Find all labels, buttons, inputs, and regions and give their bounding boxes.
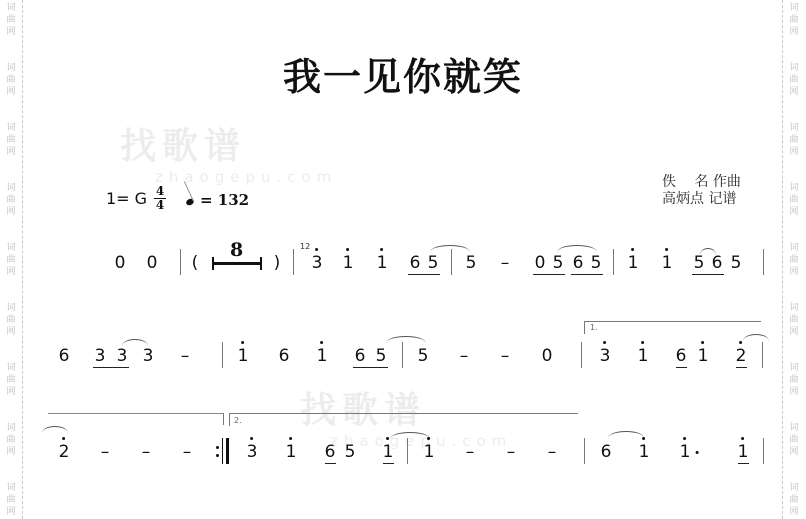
grace-notes: 12 (300, 243, 310, 251)
underline (571, 274, 603, 275)
note: 6 (279, 346, 290, 366)
note: 1 (238, 346, 249, 366)
score-row-1: 0 0 ( 8 ) 12 3 1 1 6 5 5 – 0 5 6 5 1 1 5… (0, 253, 806, 293)
note: 6 (601, 442, 612, 462)
credits: 佚 名 作曲 高炳点 记谱 (662, 174, 741, 208)
tempo-value: = 132 (200, 191, 249, 209)
note: 5 (694, 253, 705, 273)
tie (608, 431, 644, 438)
tempo-marking: = 132 (186, 191, 249, 209)
volta-label-2: 2. (234, 416, 242, 425)
underline (353, 367, 388, 368)
note: 1 (424, 442, 435, 462)
note: 3 (117, 346, 128, 366)
underline (325, 463, 336, 464)
note: 6 (325, 442, 336, 462)
bar-line (584, 438, 585, 464)
note: 2 (736, 346, 747, 366)
note: 3 (95, 346, 106, 366)
note: 3 (143, 346, 154, 366)
note: – (466, 442, 475, 462)
bar-line (222, 438, 223, 464)
note: 0 (147, 253, 158, 273)
note: 6 (59, 346, 70, 366)
note: 1 (738, 442, 749, 462)
underline (408, 274, 440, 275)
underline (383, 463, 394, 464)
watermark-url: zhaogepu.com (155, 168, 337, 186)
volta-continuation (48, 413, 224, 414)
note: – (548, 442, 557, 462)
volta-bracket-1 (584, 321, 761, 334)
note: 3 (600, 346, 611, 366)
bar-line (293, 249, 294, 275)
side-watermark: 词曲网 (0, 182, 22, 218)
note: 6 (712, 253, 723, 273)
score-row-3: 2 – – – 2. 3 1 6 5 1 1 – – – 6 1 1 1 (0, 442, 806, 482)
note: – (142, 442, 151, 462)
note: 6 (355, 346, 366, 366)
time-signature: 4 4 (154, 186, 166, 211)
transcriber-credit: 高炳点 记谱 (662, 191, 741, 208)
bar-line (407, 438, 408, 464)
note: – (101, 442, 110, 462)
underline (676, 367, 687, 368)
side-watermark: 词曲网 (783, 122, 805, 158)
tie (386, 336, 426, 343)
note: 1 (286, 442, 297, 462)
tie (557, 245, 597, 252)
bar-line (451, 249, 452, 275)
bar-line (763, 438, 764, 464)
note: 6 (410, 253, 421, 273)
repeat-dots (216, 446, 219, 457)
time-signature-top: 4 (156, 184, 164, 198)
note: 0 (115, 253, 126, 273)
bar-line (180, 249, 181, 275)
bar-line (762, 342, 763, 368)
volta-end (223, 413, 224, 425)
note: 5 (466, 253, 477, 273)
note: 6 (676, 346, 687, 366)
composer-credit: 佚 名 作曲 (662, 174, 741, 191)
multi-measure-rest (212, 262, 262, 265)
multi-rest-count: 8 (230, 239, 243, 261)
side-watermark: 词曲网 (0, 2, 22, 38)
score-row-2: 6 3 3 3 – 1 6 1 6 5 5 – – 0 1. 3 1 6 1 2 (0, 346, 806, 386)
time-signature-bottom: 4 (156, 198, 164, 212)
underline (738, 463, 749, 464)
underline (93, 367, 129, 368)
note: 1 (343, 253, 354, 273)
underline (692, 274, 724, 275)
note: – (507, 442, 516, 462)
side-watermark: 词曲网 (0, 482, 22, 518)
side-watermark: 词曲网 (783, 482, 805, 518)
bar-line (763, 249, 764, 275)
note: 5 (591, 253, 602, 273)
note: 5 (345, 442, 356, 462)
underline (533, 274, 565, 275)
note: 5 (418, 346, 429, 366)
volta-label-1: 1. (590, 323, 598, 332)
note: 0 (542, 346, 553, 366)
side-watermark: 词曲网 (0, 302, 22, 338)
note: – (501, 346, 510, 366)
note: 1 (638, 346, 649, 366)
note: 1 (377, 253, 388, 273)
note: – (183, 442, 192, 462)
tie (430, 245, 470, 252)
side-watermark: 词曲网 (783, 182, 805, 218)
tie (42, 426, 68, 433)
note: – (181, 346, 190, 366)
key-signature: 1= G (106, 189, 147, 208)
note: 6 (573, 253, 584, 273)
side-watermark: 词曲网 (0, 122, 22, 158)
open-paren: ( (192, 253, 199, 273)
watermark-logo: 找歌谱 (120, 118, 246, 169)
tie (122, 339, 148, 346)
bar-line (581, 342, 582, 368)
note: 1 (680, 442, 691, 462)
bar-line (222, 342, 223, 368)
song-title: 我一见你就笑 (0, 46, 806, 101)
repeat-end-bar (226, 438, 229, 464)
note: 1 (317, 346, 328, 366)
volta-bracket-2 (229, 413, 578, 426)
note: 1 (698, 346, 709, 366)
note: 1 (639, 442, 650, 462)
close-paren: ) (274, 253, 281, 273)
tie (700, 248, 716, 255)
bar-line (402, 342, 403, 368)
note: – (460, 346, 469, 366)
note: 2 (59, 442, 70, 462)
tie (743, 334, 769, 341)
note: 5 (731, 253, 742, 273)
note: 3 (247, 442, 258, 462)
note: 5 (428, 253, 439, 273)
tie (390, 432, 430, 439)
side-watermark: 词曲网 (783, 2, 805, 38)
bar-line (613, 249, 614, 275)
note: – (501, 253, 510, 273)
quarter-note-icon (185, 198, 195, 207)
note: 1 (628, 253, 639, 273)
note: 0 (535, 253, 546, 273)
note: 1 (662, 253, 673, 273)
note: 5 (553, 253, 564, 273)
note: 1 (383, 442, 394, 462)
note: 3 (312, 253, 323, 273)
side-watermark: 词曲网 (783, 302, 805, 338)
note: 5 (376, 346, 387, 366)
underline (736, 367, 747, 368)
